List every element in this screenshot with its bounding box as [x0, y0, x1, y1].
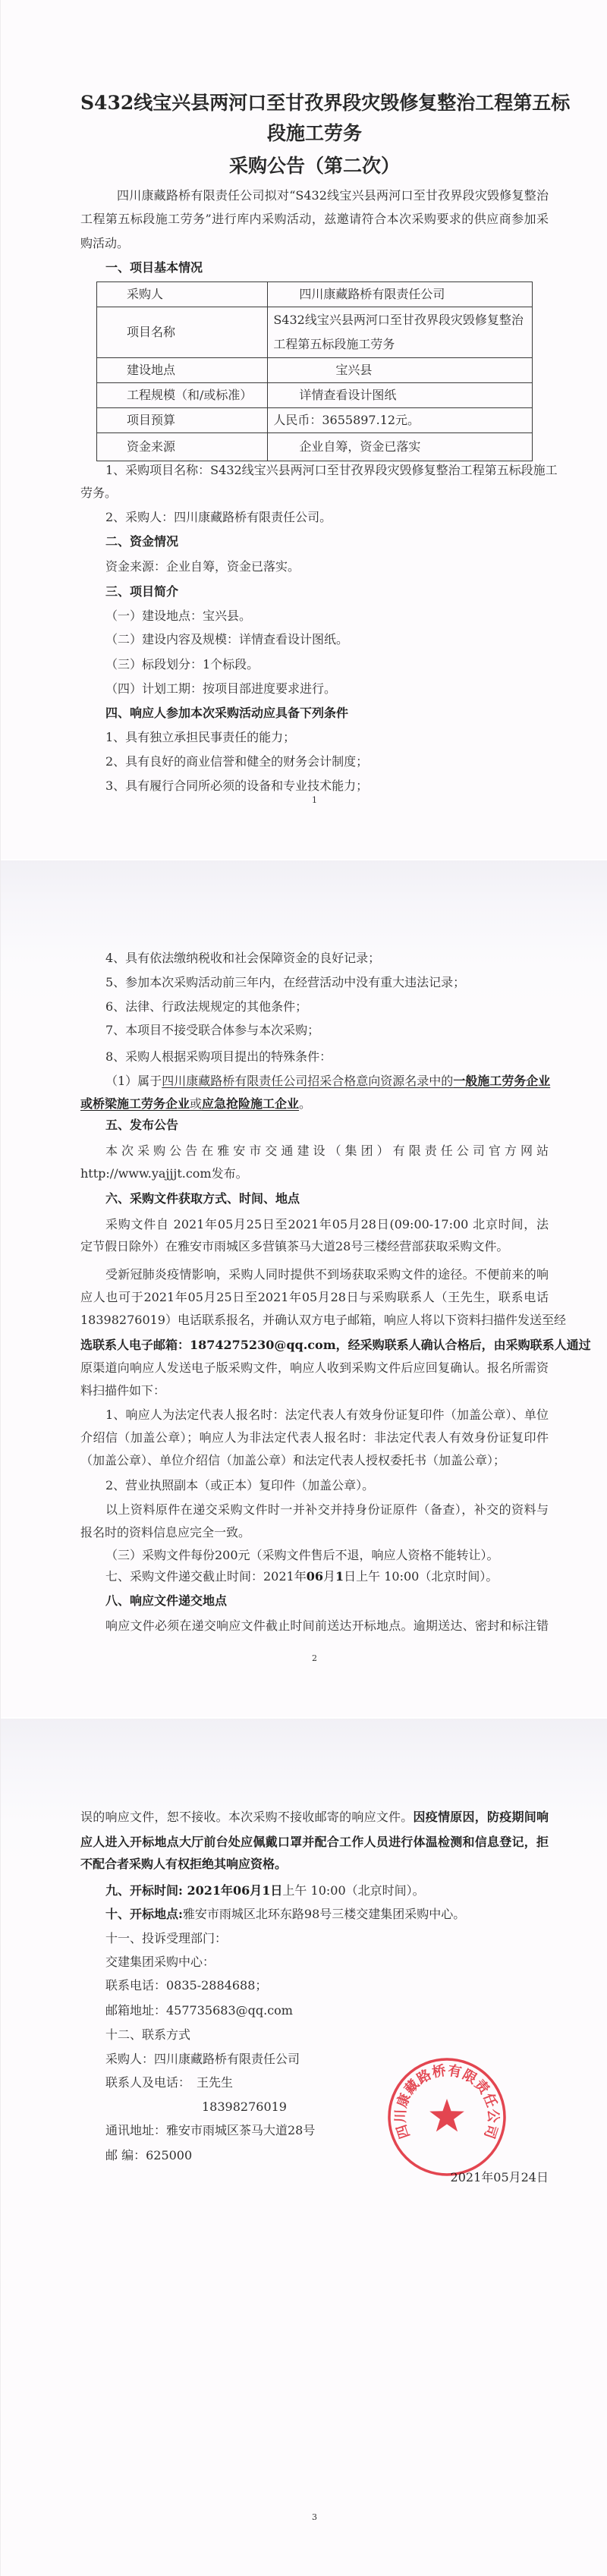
body-line: 4、具有依法缴纳税收和社会保障资金的良好记录； — [80, 946, 549, 970]
website-url-line: http://www.yajjjt.com发布。 — [80, 1162, 549, 1186]
document-subtitle: 采购公告（第二次） — [80, 153, 549, 180]
text-segment: 雅安市雨城区北环东路98号三楼交建集团采购中心。 — [183, 1907, 465, 1921]
submission-deadline-line: 七、采购文件递交截止时间：2021年06月1日上午 10:00（北京时间）。 — [80, 1565, 549, 1589]
body-line: 本次采购公告在雅安市交通建设（集团）有限责任公司官方网站 — [80, 1139, 549, 1163]
table-label: 项目预算 — [97, 408, 268, 433]
text-segment: 月 — [323, 1569, 335, 1584]
complaint-email: 邮箱地址：457735683@qq.com — [80, 1999, 549, 2023]
body-line: 介绍信（加盖公章）；响应人为非法定代表人报名时：非法定代表人有效身份证复印件 — [80, 1426, 549, 1450]
table-value-line: S432线宝兴县两河口至甘孜界段灾毁修复整治 — [273, 308, 532, 332]
table-value: 企业自筹，资金已落实 — [268, 433, 533, 461]
page-number: 2 — [80, 1653, 549, 1664]
body-line: 2、具有良好的商业信誉和健全的财务会计制度； — [80, 750, 549, 774]
body-line: 2、采购人：四川康藏路桥有限责任公司。 — [80, 505, 549, 530]
body-line: 1、响应人为法定代表人报名时：法定代表人有效身份证复印件（加盖公章）、单位 — [80, 1403, 549, 1427]
table-label: 资金来源 — [97, 433, 268, 461]
text-segment: 误的响应文件，恕不接收。本次采购不接收邮寄的响应文件。 — [80, 1810, 414, 1824]
table-value: S432线宝兴县两河口至甘孜界段灾毁修复整治 工程第五标段施工劳务 — [268, 307, 533, 358]
text-segment: 七、采购文件递交截止时间：2021年 — [105, 1569, 307, 1584]
section-heading-complaints: 十一、投诉受理部门： — [80, 1926, 549, 1951]
table-row: 资金来源 企业自筹，资金已落实 — [97, 433, 533, 461]
text-segment: 上午 10:00（北京时间）。 — [282, 1883, 424, 1898]
table-value: 详情查看设计图纸 — [268, 383, 533, 408]
body-line: 响应文件必须在递交响应文件截止时间前送达开标地点。逾期送达、密封和标注错 — [80, 1614, 549, 1638]
body-line: 料扫描件如下： — [80, 1379, 549, 1403]
document-page-1: S432线宝兴县两河口至甘孜界段灾毁修复整治工程第五标 段施工劳务 采购公告（第… — [0, 0, 607, 859]
project-info-table: 采购人 四川康藏路桥有限责任公司 项目名称 S432线宝兴县两河口至甘孜界段灾毁… — [96, 282, 533, 461]
section-heading-document-acquisition: 六、采购文件获取方式、时间、地点 — [80, 1187, 549, 1211]
intro-paragraph-line: 购活动。 — [80, 231, 549, 256]
table-row: 采购人 四川康藏路桥有限责任公司 — [97, 282, 533, 307]
section-heading-contact: 十二、联系方式 — [80, 2023, 549, 2047]
body-line: 原渠道向响应人发送电子版采购文件，响应人收到采购文件后应回复确认。报名所需资 — [80, 1356, 549, 1380]
table-row: 项目预算 人民币：3655897.12元。 — [97, 408, 533, 433]
section-heading-submission-location: 八、响应文件递交地点 — [80, 1589, 549, 1613]
table-label: 工程规模（和/或标准） — [97, 383, 268, 408]
body-line: （二）建设内容及规模：详情查看设计图纸。 — [80, 627, 549, 652]
body-line: （加盖公章）、单位介绍信（加盖公章）和法定代表人授权委托书（加盖公章）； — [80, 1448, 549, 1473]
table-label: 建设地点 — [97, 358, 268, 383]
red-star-icon — [429, 2099, 464, 2131]
body-line: 受新冠肺炎疫情影响，采购人同时提供不到场获取采购文件的途径。不便前来的响 — [80, 1263, 549, 1287]
body-line: （一）建设地点：宝兴县。 — [80, 604, 549, 628]
underlined-bold-text: 或桥梁施工劳务企业 — [80, 1096, 190, 1111]
table-value-line: 人民币：3655897.12元。 — [273, 408, 532, 432]
body-line: 5、参加本次采购活动前三年内，在经营活动中没有重大违法记录； — [80, 970, 549, 995]
body-line: 6、法律、行政法规规定的其他条件； — [80, 995, 549, 1019]
body-line: 1、采购项目名称：S432线宝兴县两河口至甘孜界段灾毁修复整治工程第五标段施工 — [80, 458, 549, 483]
intro-paragraph-line: 工程第五标段施工劳务”进行库内采购活动，兹邀请符合本次采购要求的供应商参加采 — [80, 207, 549, 231]
bold-text: 因疫情原因，防疫期间响 — [414, 1810, 549, 1824]
body-line: 1、具有独立承担民事责任的能力； — [80, 725, 549, 750]
bid-opening-location-line: 十、开标地点:雅安市雨城区北环东路98号三楼交建集团采购中心。 — [80, 1902, 549, 1926]
body-line: 报名时的资料信息应完全一致。 — [80, 1521, 549, 1545]
section-heading-qualifications: 四、响应人参加本次采购活动应具备下列条件 — [80, 701, 549, 725]
body-line: （三）标段划分：1个标段。 — [80, 653, 549, 677]
body-line: 应人也可于2021年05月25日至2021年05月28日与采购联系人（王先生，联… — [80, 1285, 549, 1310]
body-line: 定节假日除外）在雅安市雨城区多营镇茶马大道28号三楼经营部获取采购文件。 — [80, 1235, 549, 1259]
body-line: 以上资料原件在递交采购文件时一并补交并持身份证原件（备查），补交的资料与 — [80, 1498, 549, 1522]
document-page-2: 4、具有依法缴纳税收和社会保障资金的良好记录； 5、参加本次采购活动前三年内，在… — [0, 859, 607, 1718]
email-contact-line: 选联系人电子邮箱：1874275230@qq.com，经采购联系人确认合格后，由… — [80, 1333, 549, 1357]
bid-opening-time-line: 九、开标时间: 2021年06月1日上午 10:00（北京时间）。 — [80, 1879, 549, 1903]
underlined-bold-text: 应急抢险施工企业 — [202, 1096, 299, 1111]
table-value-line: 四川康藏路桥有限责任公司 — [299, 282, 532, 307]
table-value: 宝兴县 — [268, 358, 533, 383]
table-value-line: 详情查看设计图纸 — [299, 383, 532, 407]
company-seal: 四川康藏路桥有限责任公司 — [386, 2056, 508, 2178]
body-line: 采购文件自 2021年05月25日至2021年05月28日(09:00-17:0… — [80, 1213, 549, 1237]
table-row: 项目名称 S432线宝兴县两河口至甘孜界段灾毁修复整治 工程第五标段施工劳务 — [97, 307, 533, 358]
bold-text: 06 — [307, 1569, 323, 1584]
body-line: 不配合者采购人有权拒绝其响应资格。 — [80, 1852, 549, 1876]
section-heading-announcement: 五、发布公告 — [80, 1113, 549, 1137]
bold-text: 九、开标时间: 2021年06月1日 — [105, 1883, 282, 1898]
complaint-phone: 联系电话：0835-2884688； — [80, 1974, 549, 1998]
body-line: 8、采购人根据采购项目提出的特殊条件： — [80, 1045, 549, 1069]
contact-person-label: 联系人及电话： — [105, 2075, 190, 2090]
body-line: 资金来源：企业自筹，资金已落实。 — [80, 555, 549, 579]
underlined-text: 四川康藏路桥有限责任公司招采合格意向资源名录中的 — [162, 1074, 453, 1088]
body-line: 应人进入开标地点大厅前台处应佩戴口罩并配合工作人员进行体温检测和信息登记，拒 — [80, 1830, 549, 1854]
underlined-bold-text: 一般施工劳务企业 — [453, 1074, 550, 1088]
table-row: 建设地点 宝兴县 — [97, 358, 533, 383]
bold-text: 1 — [335, 1569, 344, 1584]
underlined-text: 或 — [190, 1096, 202, 1111]
body-line: （四）计划工期：按项目部进度要求进行。 — [80, 677, 549, 701]
intro-paragraph-line: 四川康藏路桥有限责任公司拟对“S432线宝兴县两河口至甘孜界段灾毁修复整治 — [80, 184, 549, 208]
page-number: 3 — [80, 2512, 549, 2523]
table-label: 采购人 — [97, 282, 268, 307]
document-title-line-2: 段施工劳务 — [80, 120, 549, 147]
bold-text: 十、开标地点: — [105, 1907, 183, 1921]
table-value-line: 企业自筹，资金已落实 — [299, 435, 532, 459]
section-heading-funding: 二、资金情况 — [80, 530, 549, 554]
page-number: 1 — [80, 795, 549, 806]
body-line: 7、本项目不接受联合体参与本次采购； — [80, 1018, 549, 1043]
text-segment: 日上午 10:00（北京时间）。 — [344, 1569, 498, 1584]
table-value-line: 工程第五标段施工劳务 — [273, 332, 532, 357]
table-row: 工程规模（和/或标准） 详情查看设计图纸 — [97, 383, 533, 408]
text-segment: （1）属于 — [105, 1074, 162, 1088]
contact-phone: 18398276019 — [202, 2095, 354, 2119]
body-line: 交建集团采购中心： — [80, 1950, 549, 1974]
special-condition-line: （1）属于四川康藏路桥有限责任公司招采合格意向资源名录中的一般施工劳务企业 — [80, 1069, 549, 1093]
contact-person-name: 王先生 — [197, 2071, 233, 2095]
table-label: 项目名称 — [97, 307, 268, 358]
text-segment: 。 — [299, 1096, 311, 1111]
document-title-line-1: S432线宝兴县两河口至甘孜界段灾毁修复整治工程第五标 — [80, 90, 549, 117]
body-line: 劳务。 — [80, 481, 549, 505]
body-line: 误的响应文件，恕不接收。本次采购不接收邮寄的响应文件。因疫情原因，防疫期间响 — [80, 1805, 549, 1829]
table-value: 四川康藏路桥有限责任公司 — [268, 282, 533, 307]
section-heading-project-basics: 一、项目基本情况 — [80, 256, 549, 280]
section-heading-project-summary: 三、项目简介 — [80, 580, 549, 604]
body-line: 18398276019）电话联系报名，并确认双方电子邮箱，响应人将以下资料扫描件… — [80, 1308, 549, 1332]
table-value: 人民币：3655897.12元。 — [268, 408, 533, 433]
document-page-3: 误的响应文件，恕不接收。本次采购不接收邮寄的响应文件。因疫情原因，防疫期间响 应… — [0, 1717, 607, 2576]
table-value-line: 宝兴县 — [335, 358, 532, 382]
body-line: 2、营业执照副本（或正本）复印件（加盖公章）。 — [80, 1474, 549, 1498]
